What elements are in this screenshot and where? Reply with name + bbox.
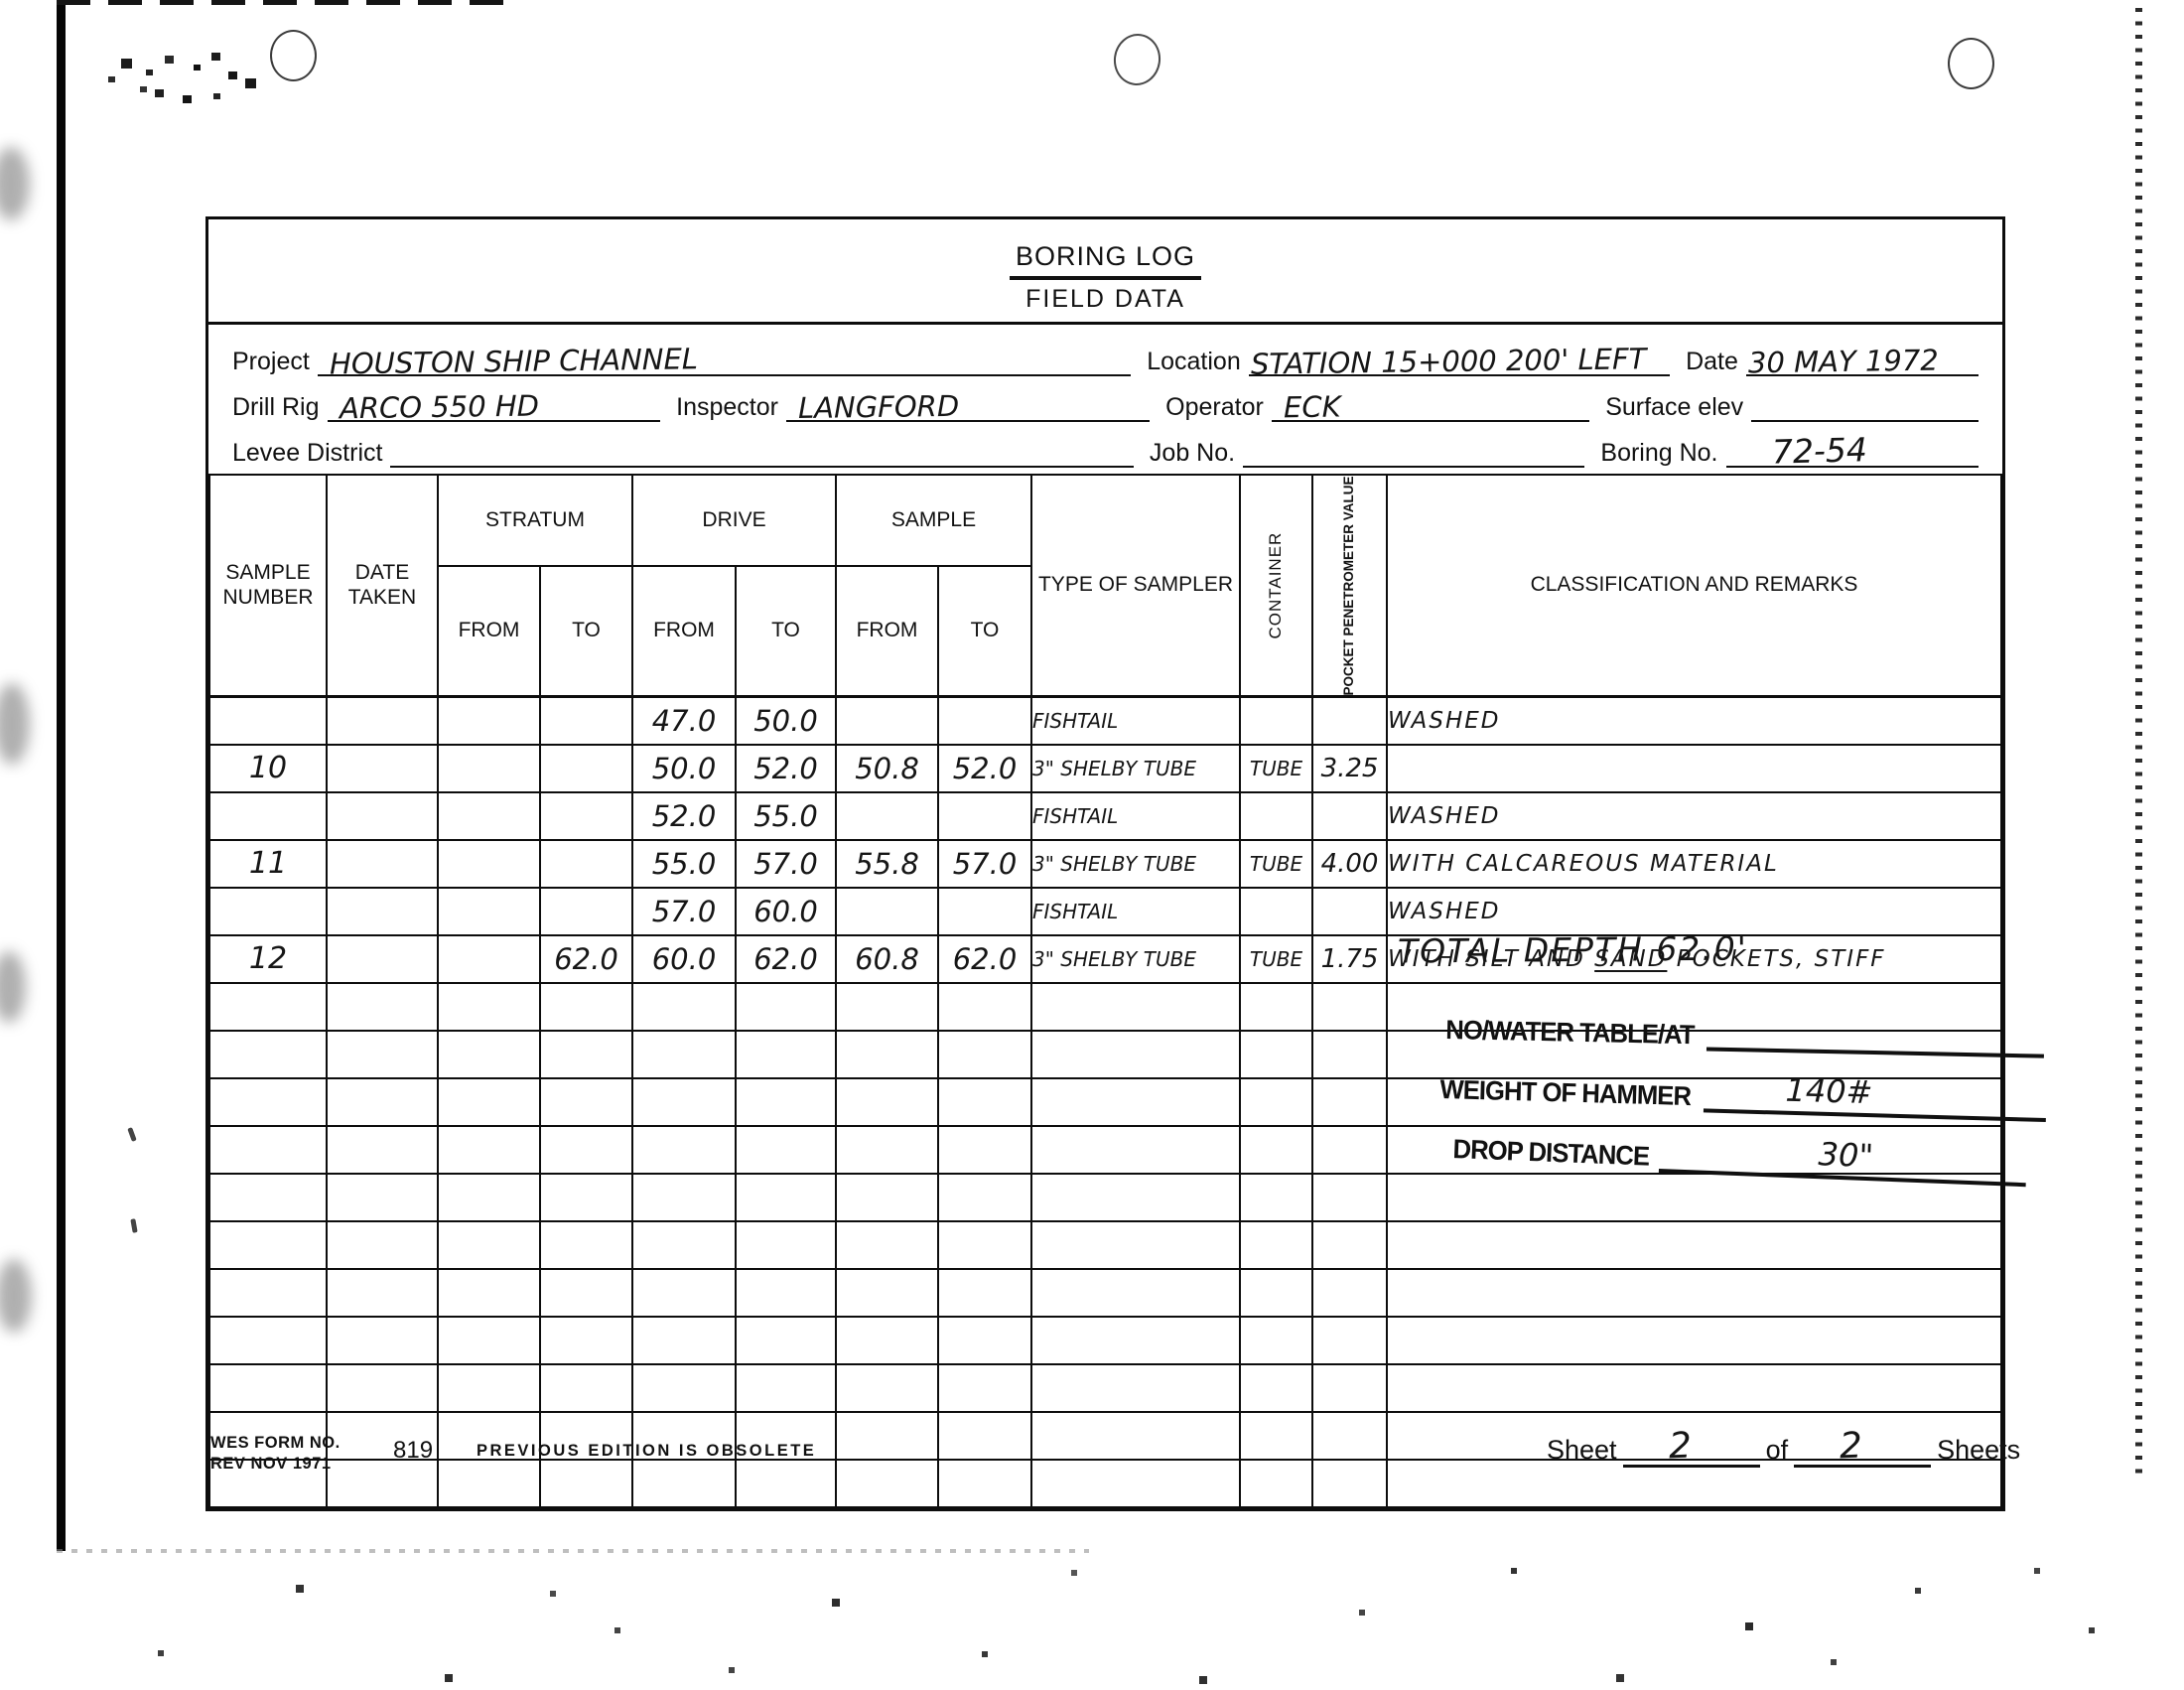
- cell-stratum-from: [438, 840, 540, 888]
- margin-mark: [130, 1218, 137, 1233]
- cell-drive-to: [736, 1269, 836, 1317]
- cell-drive-to: [736, 1078, 836, 1126]
- cell-sample-from: [836, 1174, 938, 1221]
- cell-stratum-from: [438, 1221, 540, 1269]
- scan-bottom-edge: [57, 1549, 1089, 1553]
- cell-drive-to: [736, 1174, 836, 1221]
- cell-stratum-to: [540, 792, 632, 840]
- cell-drive-from: 57.0: [632, 888, 736, 935]
- boring-no-field: 72-54: [1726, 426, 1979, 468]
- cell-drive-to: [736, 983, 836, 1031]
- cell-penetrometer: [1312, 1078, 1387, 1126]
- cell-sample-number: [209, 1364, 327, 1412]
- cell-penetrometer: [1312, 1126, 1387, 1174]
- cell-remarks: [1387, 1317, 2001, 1364]
- cell-stratum-to: [540, 1221, 632, 1269]
- levee-district-label: Levee District: [232, 441, 390, 468]
- header-fields: Project HOUSTON SHIP CHANNEL Location ST…: [208, 325, 2002, 474]
- cell-sample-number: [209, 1269, 327, 1317]
- col-header-sample-number: SAMPLE NUMBER: [209, 475, 327, 697]
- cell-sampler-type: [1031, 1317, 1240, 1364]
- cell-penetrometer: 3.25: [1312, 745, 1387, 792]
- header-row-2: Drill Rig ARCO 550 HD Inspector LANGFORD…: [232, 380, 1979, 422]
- cell-sample-from: [836, 1126, 938, 1174]
- boring-no-value: 72-54: [1725, 436, 1867, 468]
- cell-stratum-from: [438, 1317, 540, 1364]
- cell-container: [1240, 1174, 1312, 1221]
- cell-sample-number: [209, 888, 327, 935]
- cell-sample-number: [209, 1078, 327, 1126]
- drop-distance-value: 30": [1818, 1135, 1874, 1175]
- cell-drive-from: [632, 1078, 736, 1126]
- cell-sampler-type: [1031, 1221, 1240, 1269]
- cell-drive-from: 55.0: [632, 840, 736, 888]
- date-field: 30 MAY 1972: [1746, 335, 1979, 376]
- cell-stratum-to: [540, 1078, 632, 1126]
- location-label: Location: [1147, 350, 1249, 376]
- scan-blob: [0, 683, 30, 765]
- cell-date-taken: [327, 840, 438, 888]
- cell-stratum-to: [540, 888, 632, 935]
- cell-drive-to: 62.0: [736, 935, 836, 983]
- punch-hole-right: [1948, 38, 1994, 89]
- cell-sample-to: [938, 1174, 1031, 1221]
- cell-penetrometer: 4.00: [1312, 840, 1387, 888]
- cell-sample-number: [209, 1174, 327, 1221]
- cell-penetrometer: [1312, 1031, 1387, 1078]
- cell-remarks: [1387, 1364, 2001, 1412]
- cell-sample-number: [209, 1031, 327, 1078]
- cell-stratum-from: [438, 792, 540, 840]
- cell-sample-number: 11: [209, 840, 327, 888]
- cell-sampler-type: 3" SHELBY TUBE: [1031, 840, 1240, 888]
- operator-label: Operator: [1165, 395, 1272, 422]
- cell-drive-to: [736, 1364, 836, 1412]
- table-row: 52.0 55.0 FISHTAIL WASHED: [209, 792, 2001, 840]
- cell-sampler-type: [1031, 1174, 1240, 1221]
- cell-stratum-from: [438, 1031, 540, 1078]
- cell-sampler-type: [1031, 1460, 1240, 1507]
- cell-stratum-to: [540, 1126, 632, 1174]
- cell-penetrometer: [1312, 792, 1387, 840]
- cell-remarks: [1387, 1221, 2001, 1269]
- cell-drive-from: [632, 1126, 736, 1174]
- cell-date-taken: [327, 1126, 438, 1174]
- col-header-type-of-sampler: TYPE OF SAMPLER: [1031, 475, 1240, 697]
- cell-sample-from: [836, 697, 938, 745]
- cell-drive-from: [632, 1460, 736, 1507]
- cell-date-taken: [327, 1317, 438, 1364]
- table-row: [209, 1317, 2001, 1364]
- cell-sample-to: 62.0: [938, 935, 1031, 983]
- table-row: 47.0 50.0 FISHTAIL WASHED: [209, 697, 2001, 745]
- col-header-drive: DRIVE: [632, 475, 836, 566]
- perforation-strip: [2135, 8, 2142, 1476]
- cell-container: [1240, 1221, 1312, 1269]
- date-value: 30 MAY 1972: [1746, 349, 1939, 375]
- cell-penetrometer: [1312, 1269, 1387, 1317]
- table-row: [209, 1269, 2001, 1317]
- cell-sampler-type: FISHTAIL: [1031, 888, 1240, 935]
- form-number: 819: [393, 1437, 433, 1465]
- cell-remarks: WASHED: [1387, 888, 2001, 935]
- col-header-pocket-penetrometer: POCKET PENETROMETER VALUE: [1312, 475, 1387, 697]
- cell-date-taken: [327, 1031, 438, 1078]
- table-row: 11 55.0 57.0 55.8 57.0 3" SHELBY TUBE TU…: [209, 840, 2001, 888]
- cell-drive-to: [736, 1317, 836, 1364]
- cell-container: [1240, 1126, 1312, 1174]
- table-row: [209, 1221, 2001, 1269]
- cell-container: [1240, 983, 1312, 1031]
- cell-stratum-from: [438, 1364, 540, 1412]
- cell-sample-from: [836, 1031, 938, 1078]
- of-label: of: [1760, 1435, 1795, 1468]
- cell-stratum-to: [540, 1460, 632, 1507]
- scan-specks: [0, 0, 4, 4]
- cell-container: [1240, 1412, 1312, 1460]
- cell-sample-number: [209, 792, 327, 840]
- cell-penetrometer: [1312, 983, 1387, 1031]
- col-header-stratum-to: TO: [540, 566, 632, 697]
- cell-stratum-from: [438, 745, 540, 792]
- obsolete-note: PREVIOUS EDITION IS OBSOLETE: [477, 1442, 816, 1461]
- drill-rig-field: ARCO 550 HD: [328, 380, 661, 422]
- cell-sample-from: [836, 983, 938, 1031]
- scan-blob: [0, 147, 30, 220]
- margin-mark: [127, 1127, 136, 1142]
- scan-blob: [0, 1259, 32, 1333]
- cell-sampler-type: [1031, 1364, 1240, 1412]
- cell-stratum-from: [438, 935, 540, 983]
- cell-drive-from: [632, 1269, 736, 1317]
- cell-sampler-type: 3" SHELBY TUBE: [1031, 745, 1240, 792]
- cell-sample-from: 60.8: [836, 935, 938, 983]
- table-row: 57.0 60.0 FISHTAIL WASHED: [209, 888, 2001, 935]
- punch-hole-center: [1111, 31, 1164, 88]
- cell-date-taken: [327, 935, 438, 983]
- cell-penetrometer: [1312, 697, 1387, 745]
- scan-left-edge: [57, 0, 66, 1551]
- cell-stratum-to: [540, 1031, 632, 1078]
- cell-sample-from: [836, 1078, 938, 1126]
- cell-stratum-to: [540, 840, 632, 888]
- levee-district-field: [390, 426, 1133, 468]
- cell-drive-to: [736, 1221, 836, 1269]
- cell-drive-to: 60.0: [736, 888, 836, 935]
- cell-container: [1240, 697, 1312, 745]
- cell-container: [1240, 1078, 1312, 1126]
- cell-stratum-from: [438, 1174, 540, 1221]
- cell-sample-to: [938, 1126, 1031, 1174]
- cell-drive-to: 50.0: [736, 697, 836, 745]
- inspector-label: Inspector: [676, 395, 786, 422]
- cell-stratum-from: [438, 1126, 540, 1174]
- cell-sampler-type: [1031, 1412, 1240, 1460]
- punch-hole-left: [270, 30, 317, 81]
- cell-sample-to: [938, 888, 1031, 935]
- cell-stratum-from: [438, 983, 540, 1031]
- col-header-drive-from: FROM: [632, 566, 736, 697]
- cell-date-taken: [327, 1221, 438, 1269]
- scanned-page: BORING LOG FIELD DATA Project HOUSTON SH…: [0, 0, 2184, 1690]
- cell-date-taken: [327, 745, 438, 792]
- cell-sample-to: [938, 1364, 1031, 1412]
- cell-sample-from: 55.8: [836, 840, 938, 888]
- cell-date-taken: [327, 1269, 438, 1317]
- cell-date-taken: [327, 1174, 438, 1221]
- cell-remarks: WASHED: [1387, 697, 2001, 745]
- cell-sample-to: [938, 792, 1031, 840]
- operator-value: ECK: [1272, 395, 1341, 421]
- job-no-field: [1243, 426, 1584, 468]
- cell-sample-to: 52.0: [938, 745, 1031, 792]
- operator-field: ECK: [1272, 380, 1589, 422]
- wes-form-number: WES FORM NO. REV NOV 1971: [210, 1433, 341, 1476]
- cell-sample-from: 50.8: [836, 745, 938, 792]
- cell-date-taken: [327, 697, 438, 745]
- cell-stratum-from: [438, 697, 540, 745]
- col-header-sample-from: FROM: [836, 566, 938, 697]
- cell-stratum-to: [540, 983, 632, 1031]
- col-header-drive-to: TO: [736, 566, 836, 697]
- cell-container: [1240, 792, 1312, 840]
- col-header-sample-to: TO: [938, 566, 1031, 697]
- cell-container: [1240, 1317, 1312, 1364]
- cell-stratum-from: [438, 1269, 540, 1317]
- cell-stratum-to: [540, 1269, 632, 1317]
- sheet-total-line: 2: [1794, 1428, 1931, 1468]
- cell-container: TUBE: [1240, 935, 1312, 983]
- cell-sample-from: [836, 1269, 938, 1317]
- cell-stratum-from: [438, 1078, 540, 1126]
- drill-rig-label: Drill Rig: [232, 395, 328, 422]
- cell-drive-from: [632, 1364, 736, 1412]
- cell-stratum-to: [540, 1174, 632, 1221]
- cell-drive-to: 57.0: [736, 840, 836, 888]
- cell-container: TUBE: [1240, 745, 1312, 792]
- cell-container: [1240, 1031, 1312, 1078]
- cell-sampler-type: [1031, 1078, 1240, 1126]
- cell-sample-to: [938, 1412, 1031, 1460]
- table-row: [209, 1364, 2001, 1412]
- cell-sample-number: [209, 1126, 327, 1174]
- cell-stratum-from: [438, 1460, 540, 1507]
- cell-drive-from: 60.0: [632, 935, 736, 983]
- cell-drive-from: [632, 1174, 736, 1221]
- cell-sample-number: [209, 1317, 327, 1364]
- cell-drive-from: [632, 1031, 736, 1078]
- boring-log-table: SAMPLE NUMBER DATE TAKEN STRATUM DRIVE S…: [208, 474, 2002, 1508]
- col-header-date-taken: DATE TAKEN: [327, 475, 438, 697]
- cell-penetrometer: [1312, 1460, 1387, 1507]
- cell-stratum-to: [540, 1317, 632, 1364]
- water-table-label: NO/WATER TABLE/AT: [1445, 1015, 1695, 1051]
- cell-penetrometer: [1312, 1317, 1387, 1364]
- table-row: [209, 1174, 2001, 1221]
- cell-stratum-to: [540, 745, 632, 792]
- drill-rig-value: ARCO 550 HD: [327, 394, 538, 422]
- cell-sampler-type: [1031, 983, 1240, 1031]
- cell-sample-number: [209, 697, 327, 745]
- cell-drive-from: 52.0: [632, 792, 736, 840]
- inspector-value: LANGFORD: [786, 394, 959, 421]
- cell-remarks: WITH CALCAREOUS MATERIAL: [1387, 840, 2001, 888]
- cell-date-taken: [327, 1364, 438, 1412]
- cell-drive-to: 52.0: [736, 745, 836, 792]
- header-row-3: Levee District Job No. Boring No. 72-54: [232, 426, 1979, 468]
- cell-drive-from: [632, 1317, 736, 1364]
- cell-date-taken: [327, 983, 438, 1031]
- form-title: BORING LOG: [1010, 241, 1201, 280]
- sheet-label: Sheet: [1541, 1435, 1623, 1468]
- cell-sample-to: 57.0: [938, 840, 1031, 888]
- cell-sample-number: 12: [209, 935, 327, 983]
- date-label: Date: [1686, 350, 1746, 376]
- location-field: STATION 15+000 200' LEFT: [1249, 335, 1670, 376]
- cell-penetrometer: [1312, 1364, 1387, 1412]
- cell-container: [1240, 1460, 1312, 1507]
- cell-sampler-type: 3" SHELBY TUBE: [1031, 935, 1240, 983]
- project-value: HOUSTON SHIP CHANNEL: [318, 348, 698, 377]
- cell-container: [1240, 1364, 1312, 1412]
- project-label: Project: [232, 350, 318, 376]
- cell-drive-to: [736, 1031, 836, 1078]
- cell-drive-from: [632, 1221, 736, 1269]
- cell-remarks: [1387, 745, 2001, 792]
- wes-form-line2: REV NOV 1971: [210, 1454, 341, 1475]
- cell-sample-to: [938, 1460, 1031, 1507]
- cell-remarks: WASHED: [1387, 792, 2001, 840]
- wes-form-line1: WES FORM NO.: [210, 1433, 341, 1454]
- cell-sample-from: [836, 792, 938, 840]
- surface-elev-label: Surface elev: [1605, 395, 1751, 422]
- cell-drive-from: 47.0: [632, 697, 736, 745]
- cell-sample-from: [836, 1364, 938, 1412]
- col-header-stratum: STRATUM: [438, 475, 632, 566]
- sheet-value: 2: [1668, 1426, 1692, 1468]
- cell-sample-to: [938, 1031, 1031, 1078]
- title-block: BORING LOG FIELD DATA: [208, 219, 2002, 325]
- cell-sample-to: [938, 1317, 1031, 1364]
- cell-sample-to: [938, 1078, 1031, 1126]
- project-field: HOUSTON SHIP CHANNEL: [318, 335, 1131, 376]
- total-depth-note: TOTAL DEPTH 62.0': [1398, 928, 1748, 970]
- cell-sample-to: [938, 983, 1031, 1031]
- cell-drive-from: 50.0: [632, 745, 736, 792]
- cell-stratum-to: 62.0: [540, 935, 632, 983]
- scan-blob: [0, 951, 26, 1023]
- boring-log-form: BORING LOG FIELD DATA Project HOUSTON SH…: [205, 216, 2005, 1511]
- surface-elev-field: [1751, 380, 1979, 422]
- sheet-value-line: 2: [1623, 1428, 1760, 1468]
- location-value: STATION 15+000 200' LEFT: [1249, 348, 1647, 377]
- cell-sample-from: [836, 1221, 938, 1269]
- inspector-field: LANGFORD: [786, 380, 1150, 422]
- cell-drive-from: [632, 983, 736, 1031]
- hammer-value: 140#: [1785, 1071, 1873, 1111]
- cell-sample-to: [938, 1221, 1031, 1269]
- cell-sampler-type: FISHTAIL: [1031, 792, 1240, 840]
- cell-penetrometer: [1312, 1174, 1387, 1221]
- cell-container: [1240, 1269, 1312, 1317]
- cell-sample-to: [938, 697, 1031, 745]
- sheet-counter: Sheet 2 of 2 Sheets: [1541, 1428, 2026, 1468]
- cell-date-taken: [327, 792, 438, 840]
- cell-sampler-type: [1031, 1126, 1240, 1174]
- table-row: 10 50.0 52.0 50.8 52.0 3" SHELBY TUBE TU…: [209, 745, 2001, 792]
- col-header-container: CONTAINER: [1240, 475, 1312, 697]
- cell-sampler-type: [1031, 1031, 1240, 1078]
- form-subtitle: FIELD DATA: [208, 285, 2002, 314]
- sheet-total-value: 2: [1839, 1426, 1862, 1468]
- cell-drive-to: [736, 1460, 836, 1507]
- col-header-stratum-from: FROM: [438, 566, 540, 697]
- header-row-1: Project HOUSTON SHIP CHANNEL Location ST…: [232, 335, 1979, 376]
- cell-sampler-type: [1031, 1269, 1240, 1317]
- cell-sample-number: 10: [209, 745, 327, 792]
- cell-stratum-to: [540, 697, 632, 745]
- cell-drive-to: 55.0: [736, 792, 836, 840]
- sheets-label: Sheets: [1931, 1435, 2026, 1468]
- cell-remarks: [1387, 1269, 2001, 1317]
- cell-penetrometer: 1.75: [1312, 935, 1387, 983]
- cell-drive-to: [736, 1126, 836, 1174]
- cell-sample-from: [836, 888, 938, 935]
- cell-penetrometer: [1312, 1221, 1387, 1269]
- cell-date-taken: [327, 888, 438, 935]
- cell-sample-from: [836, 1317, 938, 1364]
- cell-stratum-to: [540, 1364, 632, 1412]
- cell-sample-number: [209, 1221, 327, 1269]
- cell-sample-to: [938, 1269, 1031, 1317]
- cell-penetrometer: [1312, 888, 1387, 935]
- cell-container: TUBE: [1240, 840, 1312, 888]
- boring-no-label: Boring No.: [1600, 441, 1725, 468]
- col-header-sample: SAMPLE: [836, 475, 1031, 566]
- cell-date-taken: [327, 1460, 438, 1507]
- cell-sample-from: [836, 1460, 938, 1507]
- cell-container: [1240, 888, 1312, 935]
- cell-penetrometer: [1312, 1412, 1387, 1460]
- cell-sample-number: [209, 983, 327, 1031]
- job-no-label: Job No.: [1150, 441, 1243, 468]
- cell-sample-from: [836, 1412, 938, 1460]
- cell-sampler-type: FISHTAIL: [1031, 697, 1240, 745]
- cell-stratum-from: [438, 888, 540, 935]
- scan-top-edge: [57, 0, 503, 5]
- cell-date-taken: [327, 1078, 438, 1126]
- col-header-classification: CLASSIFICATION AND REMARKS: [1387, 475, 2001, 697]
